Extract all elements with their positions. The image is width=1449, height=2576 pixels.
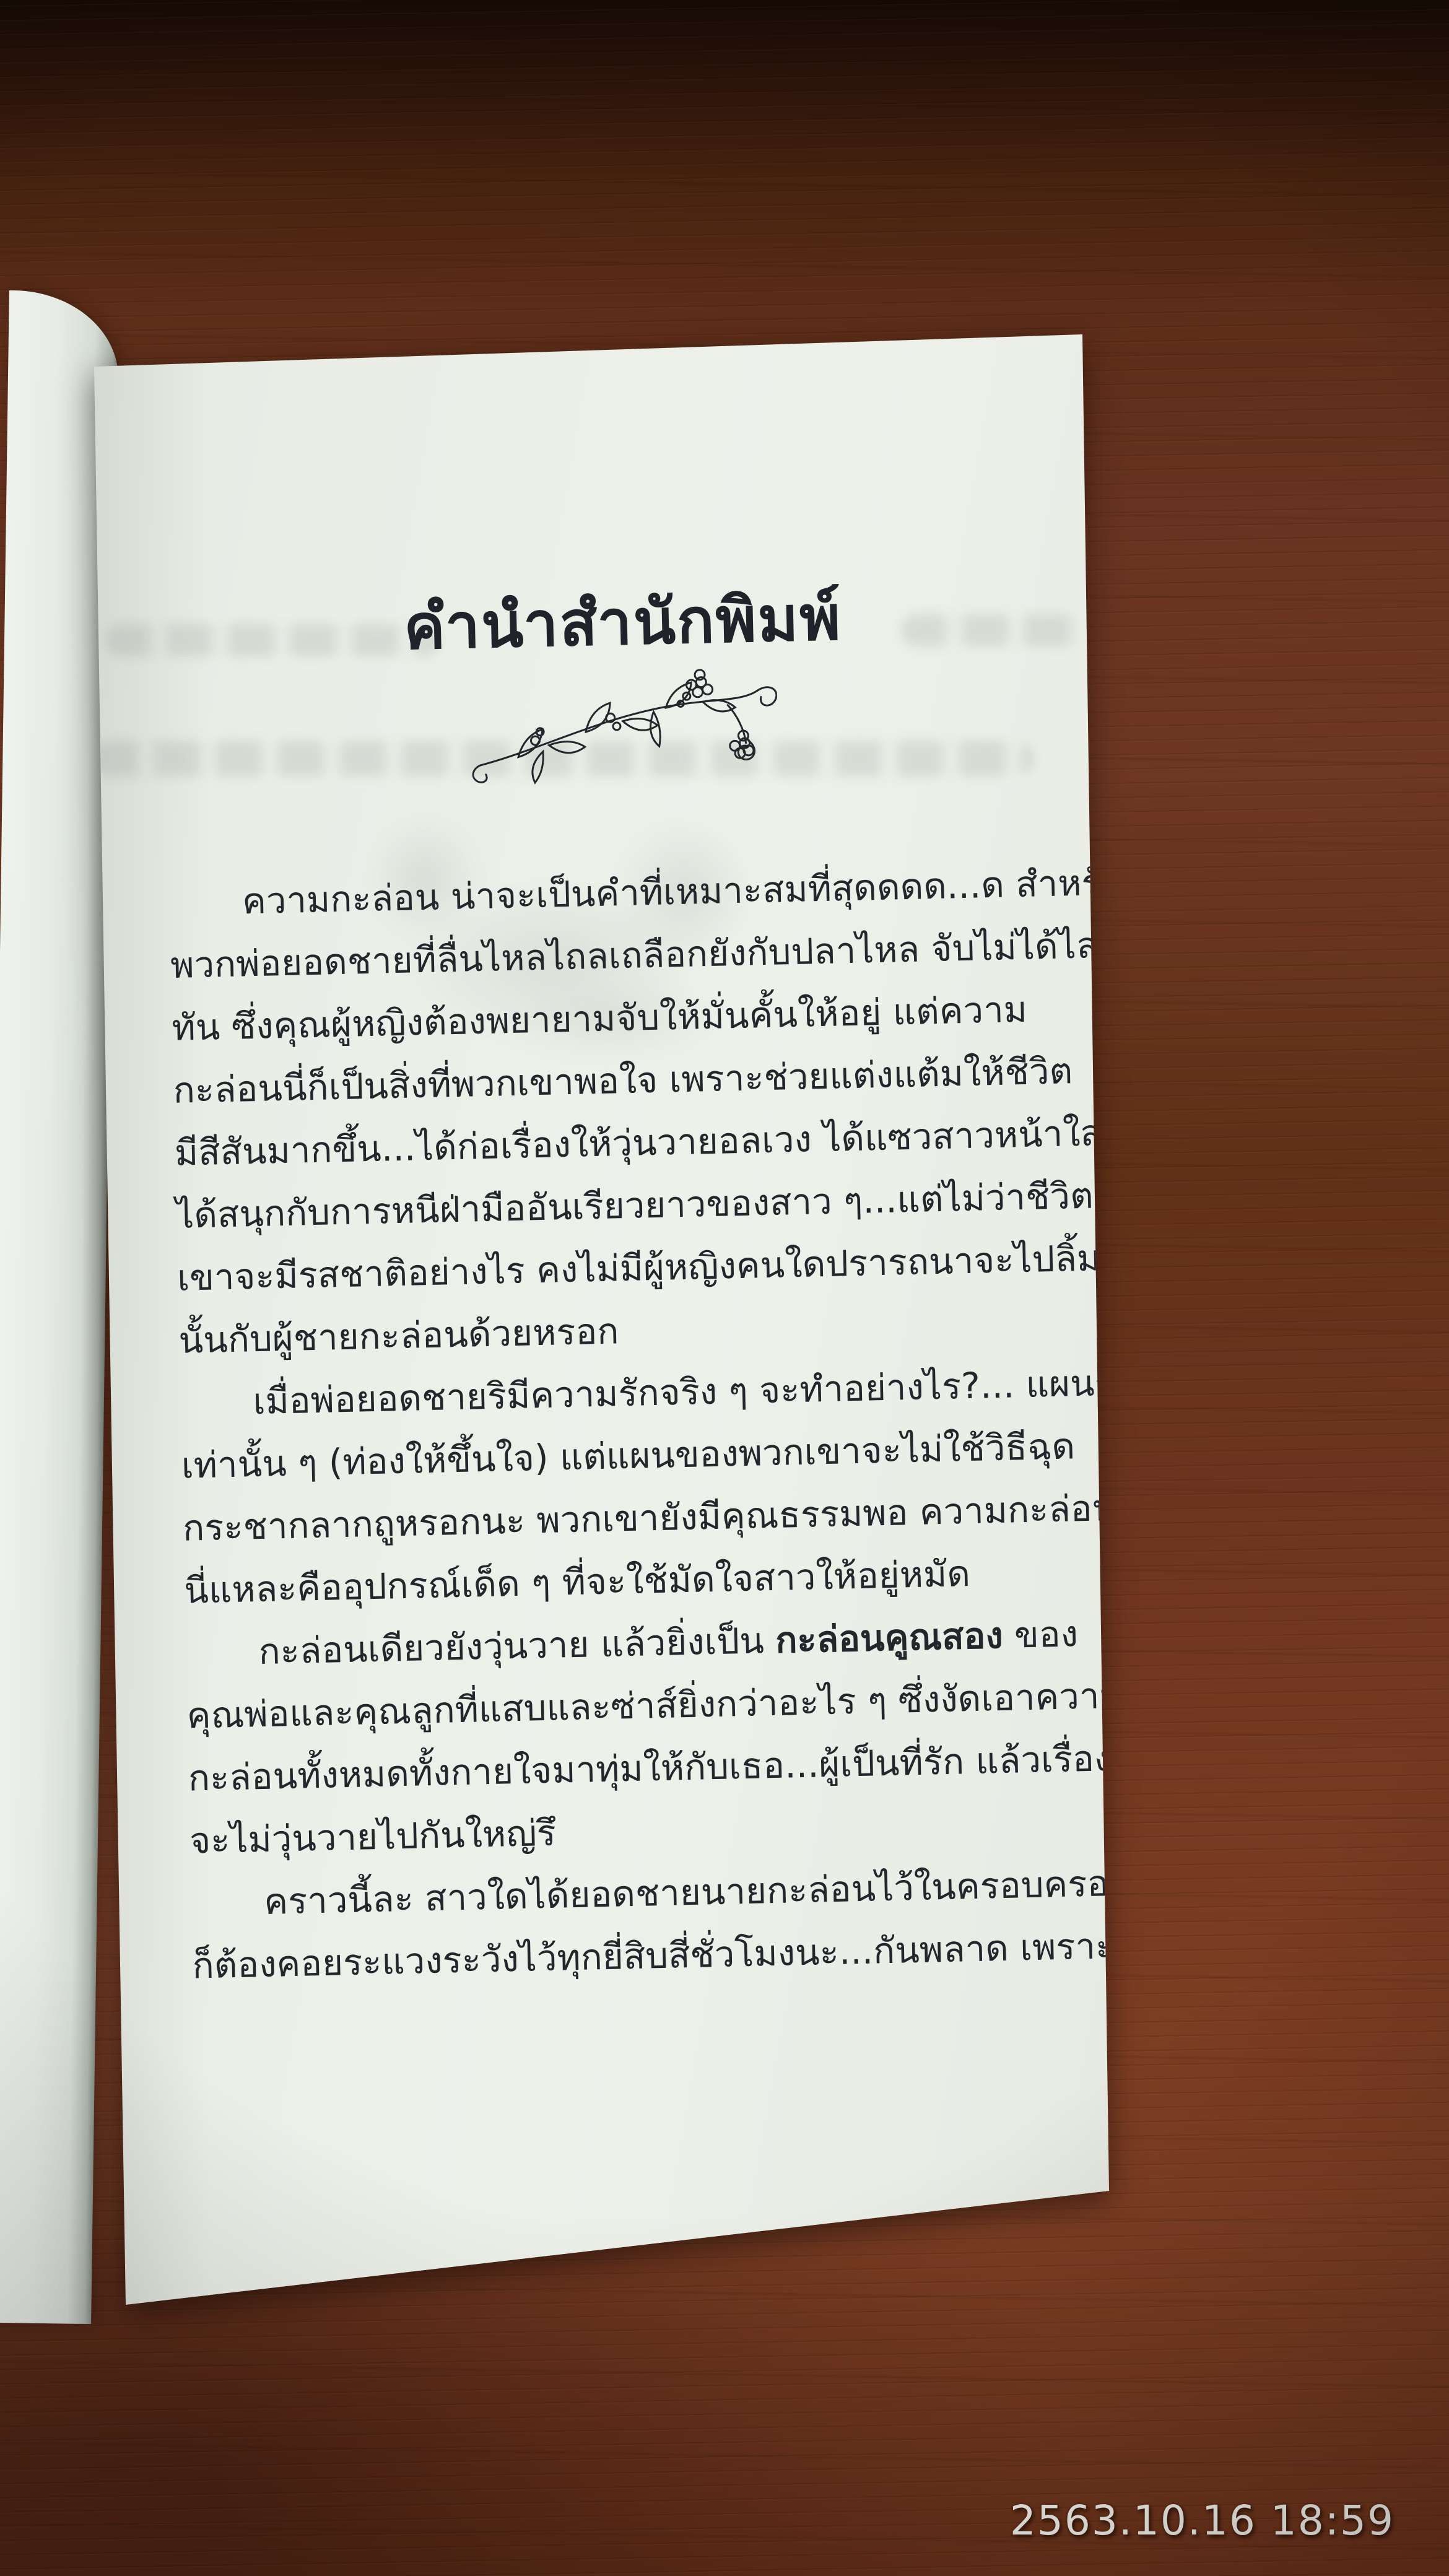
floral-divider-icon: [166, 658, 1080, 806]
body-text: ความกะล่อน น่าจะเป็นคำที่เหมาะสมที่สุดดด…: [168, 852, 1102, 1998]
camera-timestamp: 2563.10.16 18:59: [1010, 2497, 1395, 2544]
book-page-wrap: คำนำสำนักพิมพ์: [0, 0, 1449, 2576]
book-photo: คำนำสำนักพิมพ์: [0, 0, 1449, 2576]
book-page: คำนำสำนักพิมพ์: [0, 0, 1449, 2576]
